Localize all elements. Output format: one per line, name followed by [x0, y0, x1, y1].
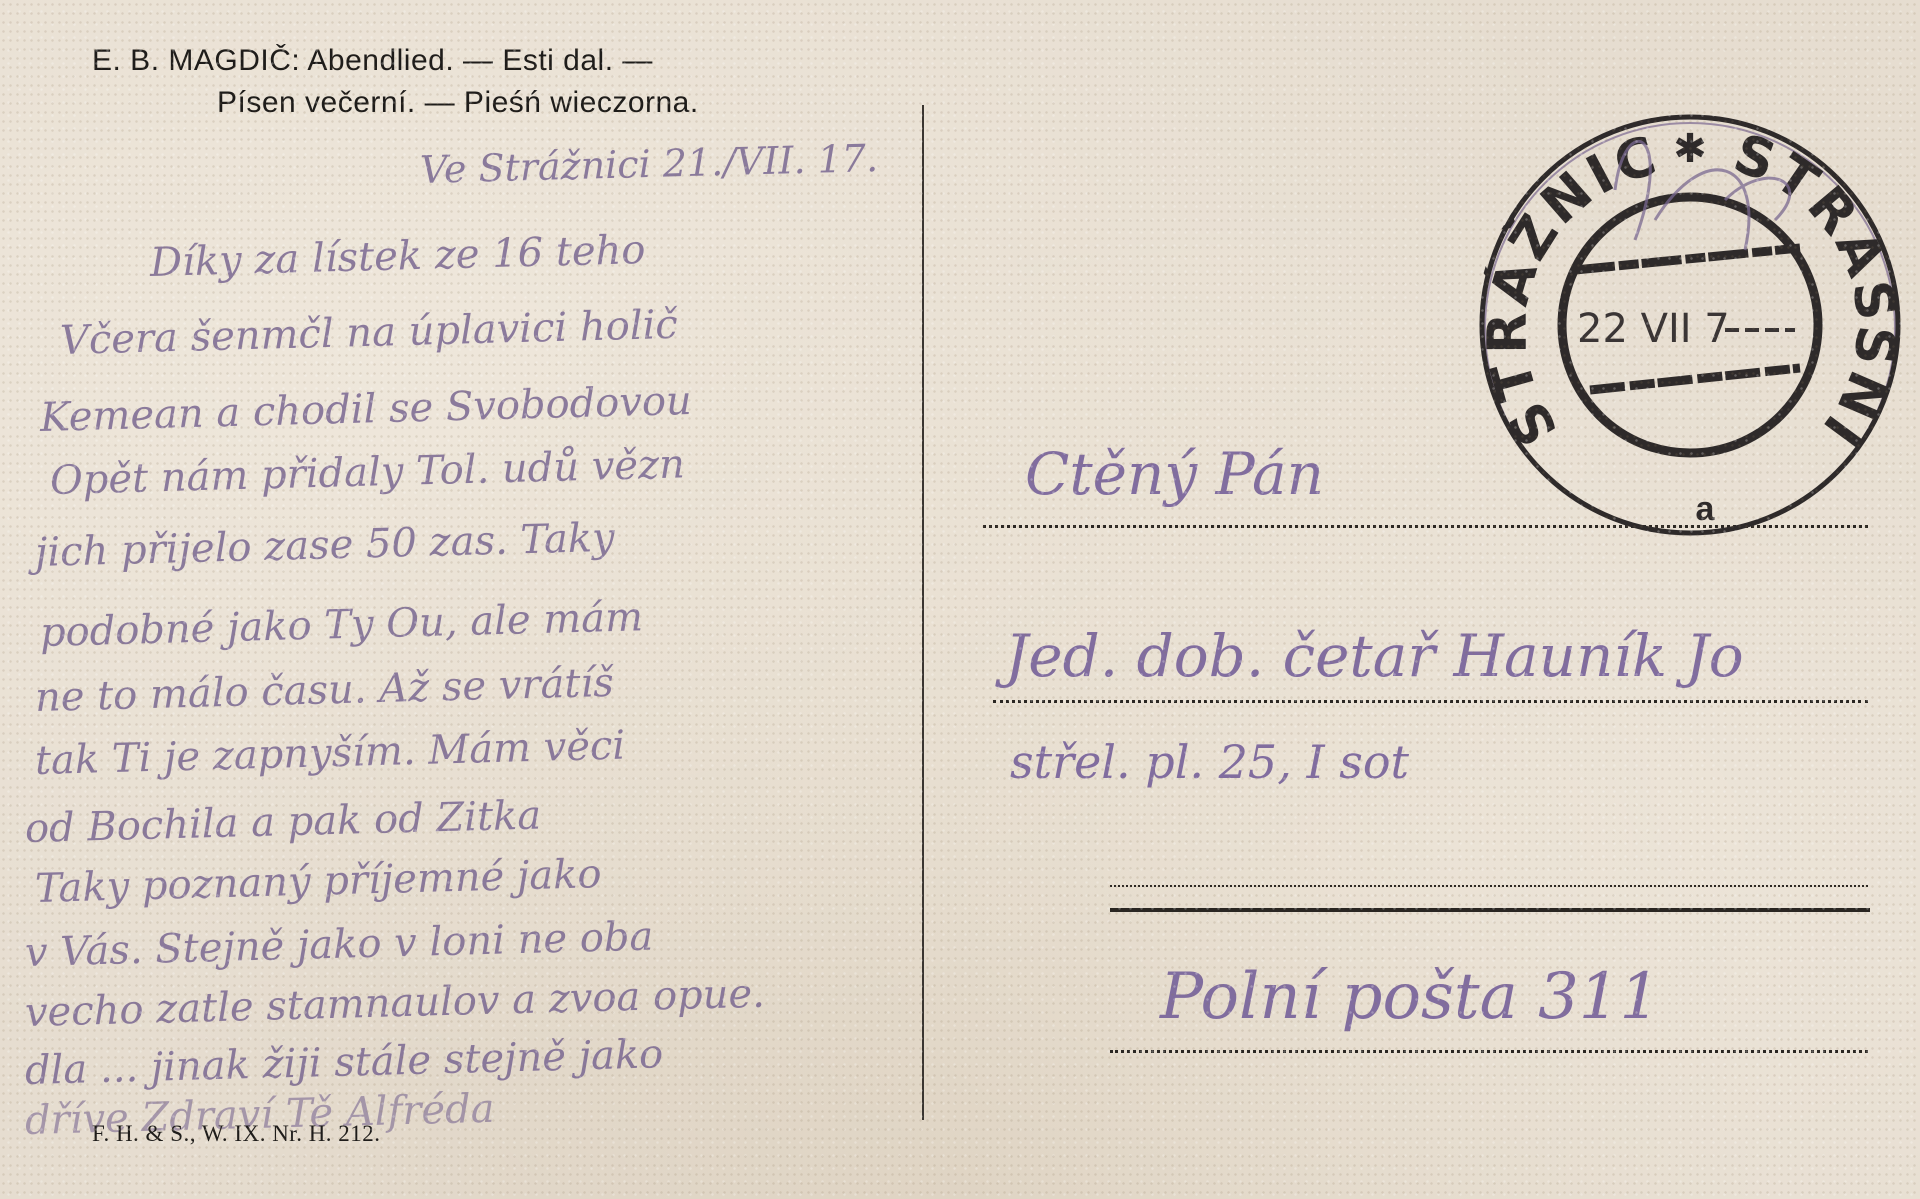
- message-line: tak Ti je zapnyším. Mám věci: [34, 723, 625, 784]
- svg-text:22 VII 7: 22 VII 7: [1577, 306, 1730, 352]
- message-line: vecho zatle stamnaulov a zvoa opue.: [24, 971, 765, 1036]
- svg-text:STRÁŽNICE: STRÁŽNICE: [1465, 100, 1666, 456]
- message-line: jich přijelo zase 50 zas. Taky: [34, 515, 615, 576]
- message-line: dla ... jinak žiji stále stejně jako: [24, 1031, 663, 1094]
- address-line-3-dotted: [1110, 885, 1868, 887]
- address-line-2: [993, 700, 1868, 703]
- message-line: Taky poznaný příjemné jako: [34, 851, 602, 912]
- message-line: Kemean a chodil se Svobodovou: [39, 378, 692, 441]
- message-line: Včera šenmčl na úplavici holič: [59, 302, 678, 364]
- address-line-4: [1110, 1050, 1868, 1053]
- postmark-icon: STRÁŽNICE STRASSNITZ ✱ a 22 VII 7: [1465, 100, 1915, 550]
- printed-title-line-1: E. B. MAGDIČ: Abendlied. — Esti dal. —: [92, 44, 653, 78]
- message-line: ne to málo času. Až se vrátíš: [34, 660, 614, 721]
- publisher-imprint: F. H. & S., W. IX. Nr. H. 212.: [92, 1121, 381, 1147]
- address-salutation: Ctěný Pán: [1025, 440, 1324, 508]
- address-field-post: Polní pošta 311: [1160, 960, 1660, 1034]
- message-line: Díky za lístek ze 16 teho: [149, 227, 646, 286]
- message-line: v Vás. Stejně jako v loni ne oba: [24, 914, 653, 976]
- address-unit: střel. pl. 25, I sot: [1010, 735, 1409, 789]
- message-line: Opět nám přidaly Tol. udů vězn: [49, 441, 685, 504]
- message-line: od Bochila a pak od Zitka: [24, 792, 541, 851]
- postmark-stamp: STRÁŽNICE STRASSNITZ ✱ a 22 VII 7: [1465, 100, 1915, 550]
- printed-title-line-2: Písen večerní. — Pieśń wieczorna.: [217, 86, 699, 120]
- address-line-3-solid: [1110, 908, 1870, 912]
- svg-text:✱: ✱: [1673, 127, 1707, 171]
- address-recipient: Jed. dob. četař Hauník Jo: [1005, 622, 1744, 690]
- message-line: podobné jako Ty Ou, ale mám: [39, 594, 643, 656]
- message-place-date: Ve Strážnici 21./VII. 17.: [419, 136, 878, 192]
- center-divider: [922, 105, 924, 1120]
- postcard-back: E. B. MAGDIČ: Abendlied. — Esti dal. — P…: [0, 0, 1920, 1199]
- svg-text:a: a: [1696, 490, 1716, 528]
